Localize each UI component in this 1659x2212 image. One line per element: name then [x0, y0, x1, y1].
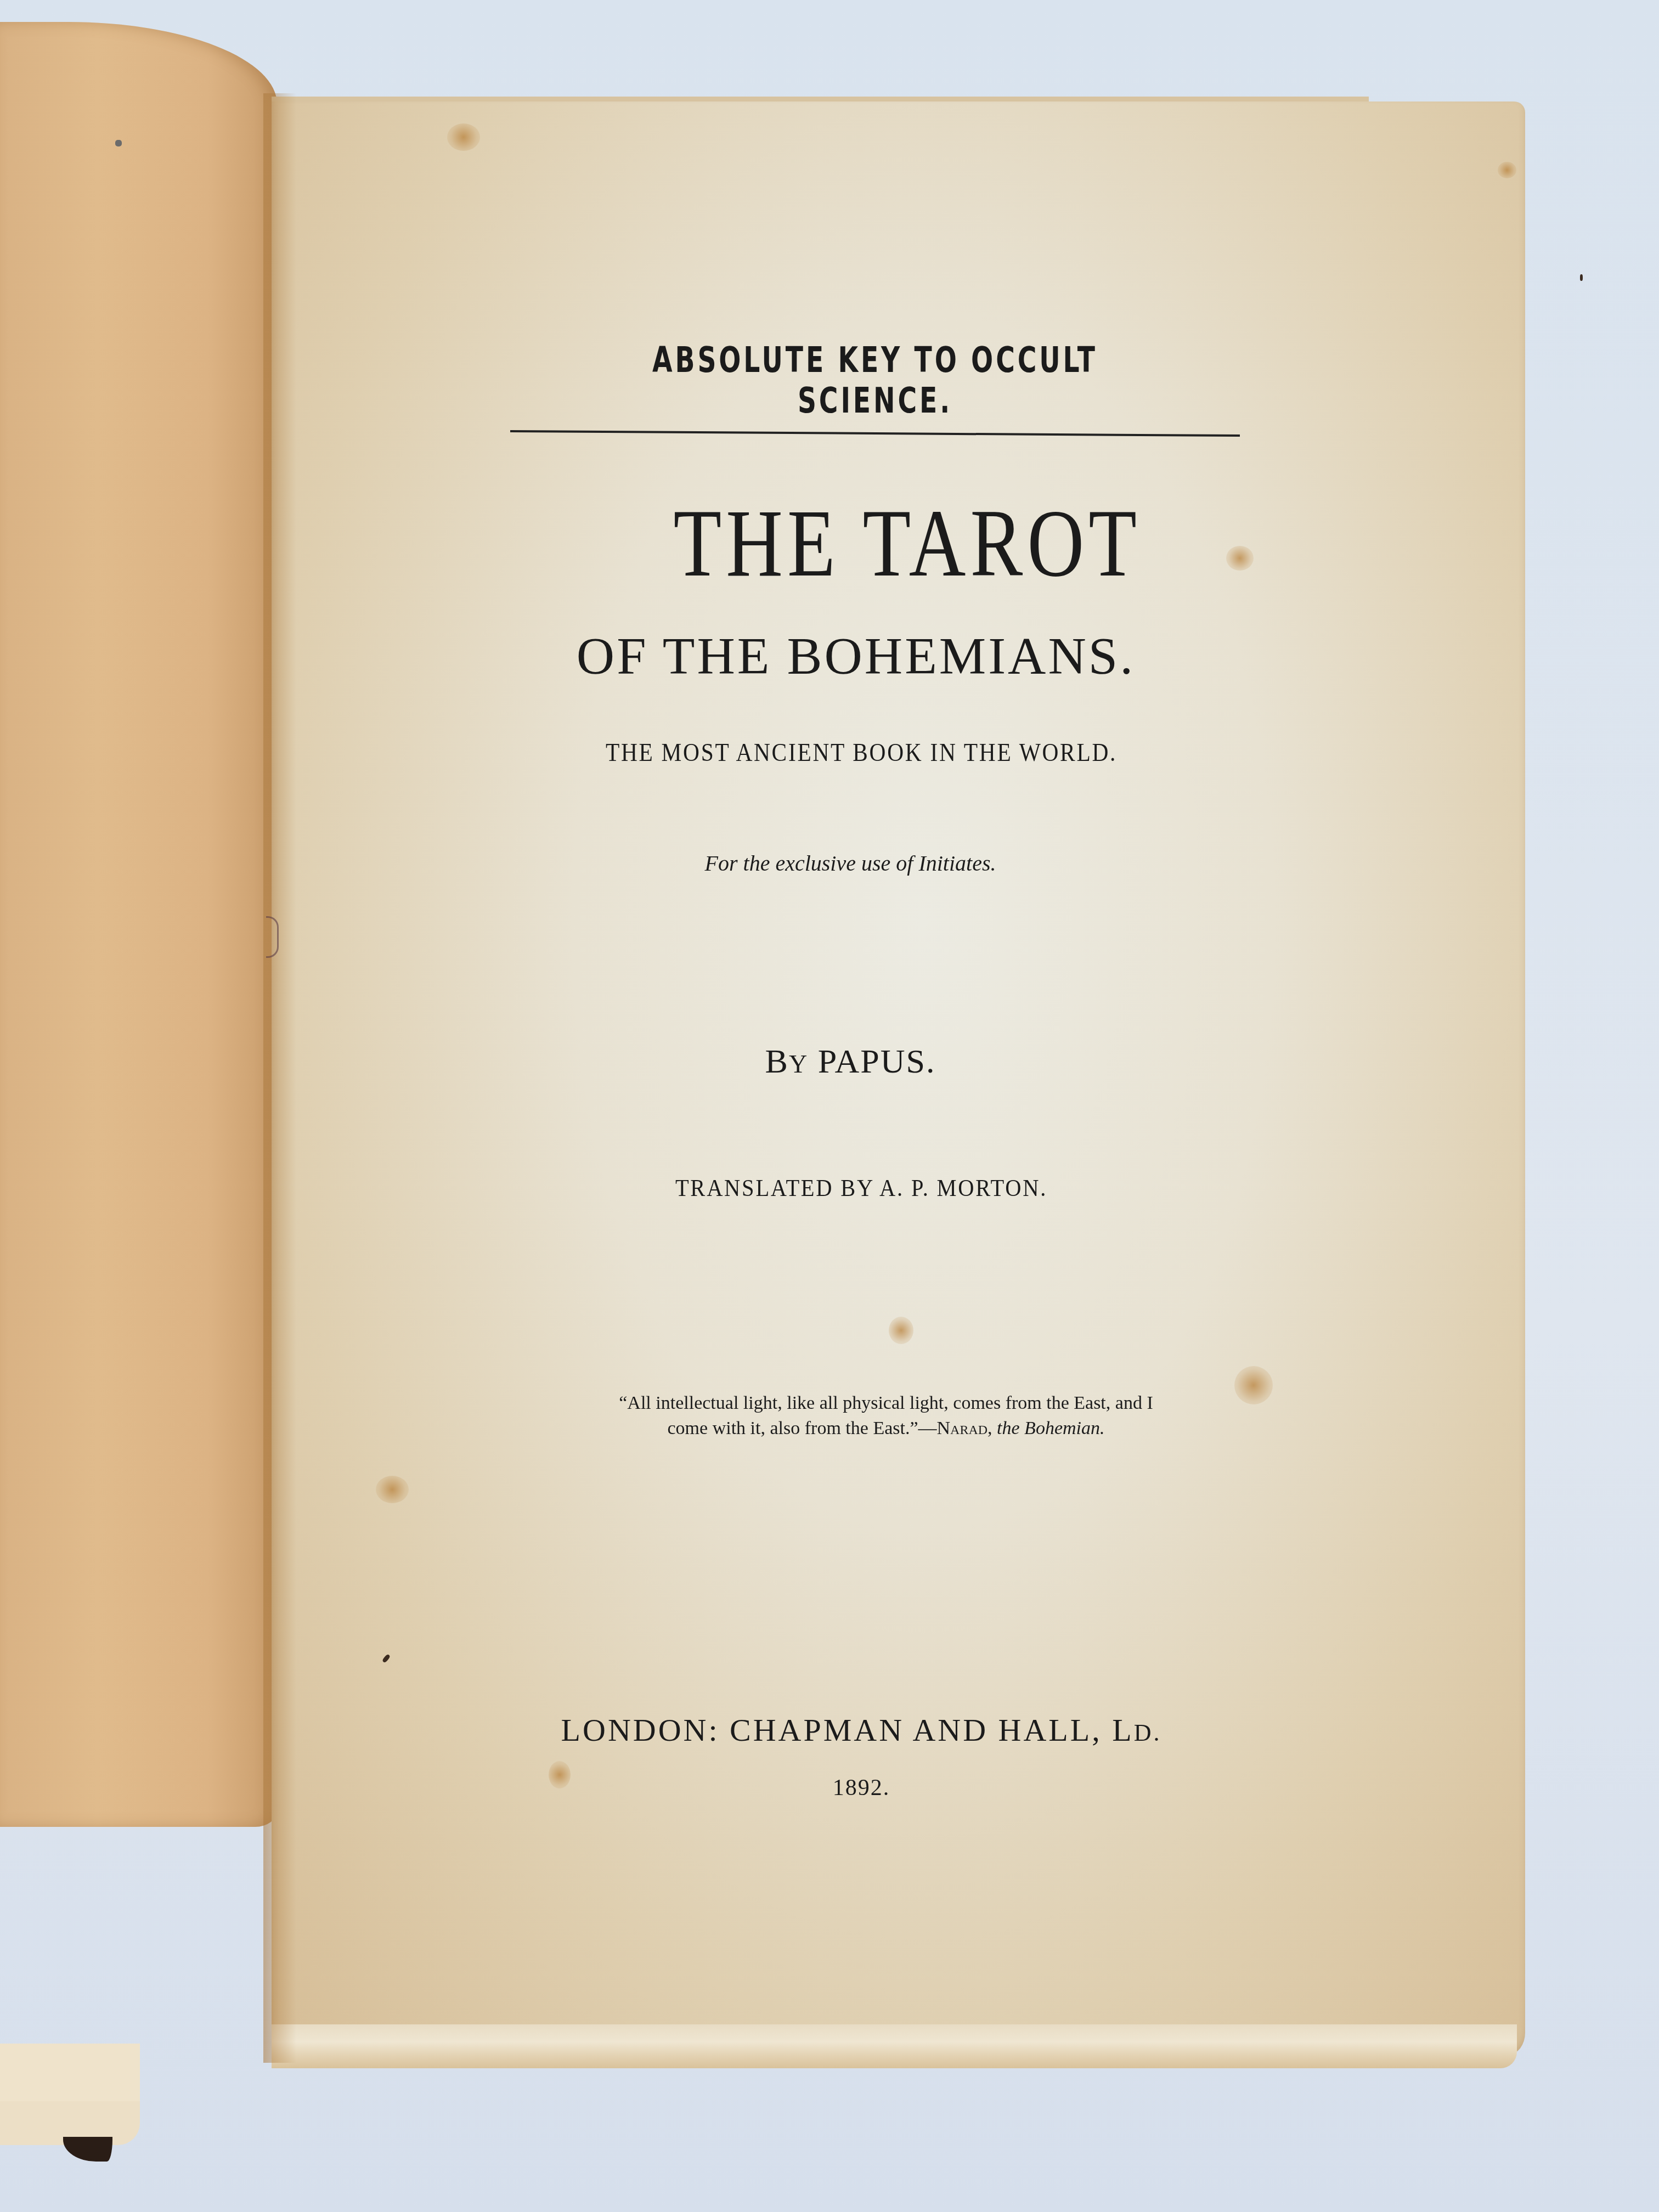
epigraph: “All intellectual light, like all physic… [518, 1391, 1254, 1441]
epigraph-attribution-desc: the Bohemian. [997, 1418, 1104, 1438]
publisher-suffix: D. [1134, 1719, 1162, 1746]
paper-speck [1580, 274, 1583, 281]
series-header: ABSOLUTE KEY TO OCCULT SCIENCE. [510, 340, 1240, 435]
left-page-bottom-band [0, 2044, 140, 2104]
book-gutter-shadow [263, 93, 296, 2063]
paper-speck [115, 140, 122, 146]
foxing-spot [549, 1761, 571, 1788]
epigraph-line-2: come with it, also from the East.”—Narad… [518, 1416, 1254, 1441]
foxing-spot [447, 123, 480, 151]
author-line: BY PAPUS. [735, 1042, 966, 1081]
epigraph-attribution-separator: , [988, 1418, 997, 1438]
book-title-line2: OF THE BOHEMIANS. [516, 625, 1196, 686]
dedication-line: For the exclusive use of Initiates. [625, 850, 1075, 876]
page-bottom-edges [272, 2024, 1517, 2068]
publisher-name: LONDON: CHAPMAN AND HALL, L [561, 1712, 1134, 1748]
publication-year: 1892. [752, 1775, 971, 1801]
epigraph-quote-end: come with it, also from the East.”— [668, 1418, 937, 1438]
foxing-spot [1498, 162, 1516, 178]
foxing-spot [376, 1476, 409, 1503]
epigraph-line-1: “All intellectual light, like all physic… [518, 1391, 1254, 1416]
author-name: PAPUS. [818, 1043, 936, 1080]
author-prefix-rest: Y [789, 1050, 808, 1078]
translator-line: TRANSLATED BY A. P. MORTON. [639, 1174, 1084, 1202]
author-prefix-initial: B [765, 1043, 789, 1080]
book-title: THE TAROT [673, 488, 1060, 599]
foxing-spot [889, 1317, 913, 1344]
series-title: ABSOLUTE KEY TO OCCULT SCIENCE. [576, 340, 1175, 421]
book-subtitle: THE MOST ANCIENT BOOK IN THE WORLD. [555, 738, 1167, 767]
epigraph-attribution-name: Narad [937, 1418, 988, 1438]
foxing-spot [1226, 546, 1254, 571]
left-page-endpaper [0, 22, 277, 1827]
pencil-annotation-mark [266, 916, 279, 958]
publisher-imprint: LONDON: CHAPMAN AND HALL, LD. [505, 1712, 1218, 1748]
